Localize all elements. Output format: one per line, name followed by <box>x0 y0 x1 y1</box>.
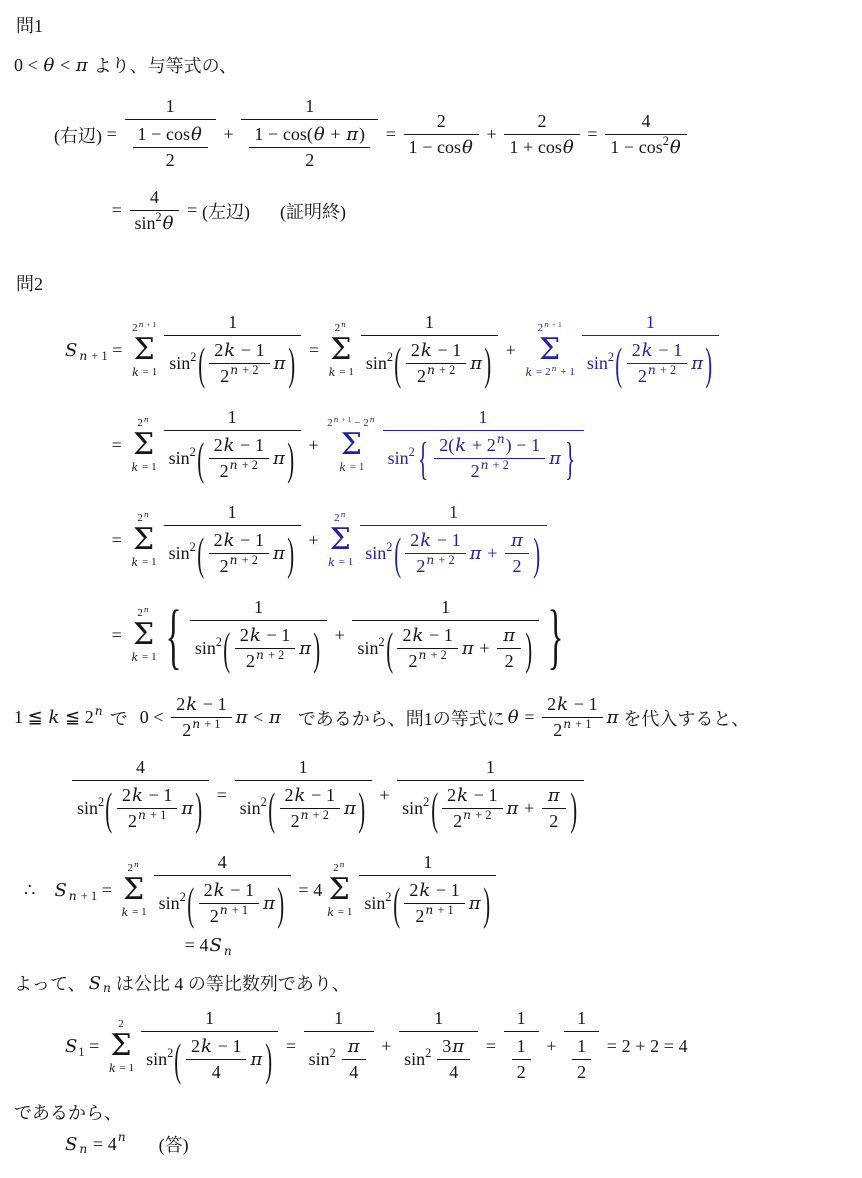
math-token: = <box>117 1063 129 1074</box>
math-r: sin <box>195 638 216 659</box>
math-token: n <box>137 808 147 822</box>
math-sup: 2 <box>425 1046 431 1061</box>
sum-lower-limit: k=2n+1 <box>524 365 574 380</box>
fraction-denominator: 2n+2 <box>209 458 269 484</box>
math-sum: 2nΣk=1 <box>326 861 352 920</box>
math-token: 2 <box>291 811 300 832</box>
problem1-heading: 問1 <box>16 12 858 38</box>
math-token: 2 <box>220 556 229 577</box>
math-sup: 2 <box>663 134 669 149</box>
math-frac: 2(k+2n)−12n+2 <box>434 433 545 484</box>
math-r: sin <box>240 798 261 819</box>
math-token: 2 <box>663 134 669 148</box>
math-token: + <box>304 530 324 551</box>
fraction-denominator: sin2(2k−12n+2π) <box>190 620 327 676</box>
math-sup: n <box>340 321 347 328</box>
math-token: 1 <box>348 367 354 378</box>
math-token: = <box>304 340 324 361</box>
sigma-icon: Σ <box>110 1032 131 1061</box>
sigma-icon: Σ <box>133 621 154 650</box>
math-r: を代入すると、 <box>623 705 749 731</box>
fraction-denominator: sin2{2(k+2n)−12n+2π} <box>383 430 584 486</box>
math-token: θ <box>162 213 175 234</box>
math-token: = <box>533 367 545 378</box>
math-r: sin <box>169 448 190 469</box>
math-token: 1 <box>101 349 107 363</box>
math-fence: (2k−12n+1π) <box>186 878 286 929</box>
math-token: 2 <box>220 461 229 482</box>
fraction-numerator: 3π <box>437 1034 470 1059</box>
open-fence-icon: ( <box>394 341 401 387</box>
fraction-denominator: sin2(2k−12n+2π) <box>164 335 301 391</box>
math-token: n <box>418 648 428 662</box>
math-token: = <box>336 557 348 568</box>
math-token: 2 <box>512 556 521 577</box>
close-fence-icon: ) <box>196 786 203 832</box>
math-token: 2 <box>638 366 647 387</box>
math-fence: (2k−12n+1π) <box>391 878 491 929</box>
math-token: 2 <box>285 785 294 806</box>
close-fence-icon: ) <box>287 531 294 577</box>
open-fence-icon: ( <box>224 626 231 672</box>
math-token: = <box>381 124 401 145</box>
math-token: π <box>272 448 286 469</box>
p1-eq-conclusion: =4sin2θ=(左辺)(証明終) <box>107 185 858 236</box>
fraction-numerator: 2k−1 <box>406 338 466 363</box>
math-token: 1 <box>646 312 655 333</box>
math-frac: 2k−12n+2 <box>235 623 295 674</box>
close-fence-icon: ) <box>288 341 295 387</box>
math-token: 1 <box>256 340 265 361</box>
math-token: − <box>226 880 246 901</box>
fraction-numerator: 2k−1 <box>627 338 687 363</box>
math-token: + <box>489 458 502 472</box>
fraction-denominator: sin2(2k−12n+2π) <box>235 780 372 836</box>
math-token: 1 <box>673 340 682 361</box>
math-fence: (2k−12n+2π) <box>196 338 296 389</box>
math-token: + <box>518 137 538 158</box>
math-sup: n+2 <box>418 648 447 663</box>
math-frac: 12 <box>572 1034 591 1085</box>
math-token: + <box>304 435 324 456</box>
fraction-numerator: 2 <box>504 109 579 134</box>
math-r: cos <box>166 124 190 145</box>
math-token: k <box>213 880 226 901</box>
math-token: 2 <box>448 553 454 567</box>
fraction-numerator: 1 <box>241 94 378 119</box>
math-token: 2 <box>577 1062 586 1083</box>
math-token: 4 <box>218 852 227 873</box>
close-fence-icon: ) <box>526 626 533 672</box>
math-token: 2 <box>167 1046 173 1060</box>
math-token: 2 <box>632 340 641 361</box>
math-frac: 1sin2(2k−12n+2π) <box>164 500 301 581</box>
fraction-denominator: 2n+2 <box>406 363 466 389</box>
math-sup: 2 <box>386 540 392 555</box>
fraction-denominator: 4 <box>342 1059 366 1085</box>
math-token: = <box>212 785 232 806</box>
fraction-denominator: 2n+1 <box>199 903 259 929</box>
sigma-icon: Σ <box>133 526 154 555</box>
close-fence-icon: ) <box>570 786 577 832</box>
fraction-denominator: sin2(2k−12n+1π) <box>359 875 496 931</box>
math-sub: n+1 <box>78 349 107 364</box>
math-sp <box>35 890 53 891</box>
math-token: 4 <box>349 1062 358 1083</box>
math-token: 2 <box>608 350 614 364</box>
math-sup: 2 <box>385 890 391 905</box>
math-token: 1 <box>348 415 352 424</box>
math-token: 1 <box>129 1063 135 1074</box>
fraction-denominator: 2n+2 <box>442 808 502 834</box>
math-token: 2 <box>214 530 223 551</box>
fraction-numerator: 1−cos(θ+π) <box>249 122 370 147</box>
math-token: = <box>294 880 314 901</box>
math-sup: n+2 <box>229 458 258 473</box>
math-frac: 41−cos2θ <box>605 109 686 160</box>
math-sup: 2 <box>190 350 196 365</box>
math-sum: 2nΣk=1 <box>131 511 157 570</box>
math-token: + <box>557 367 569 378</box>
math-token: k <box>108 1063 117 1074</box>
math-token: 4 <box>313 880 322 901</box>
math-token: − <box>619 137 639 158</box>
math-token: 1 <box>138 124 147 145</box>
math-r: sin <box>77 798 98 819</box>
math-sp <box>431 1059 434 1060</box>
math-r: sin <box>402 798 423 819</box>
sum-lower-limit: k=1 <box>131 555 157 570</box>
math-token: π <box>451 1036 465 1057</box>
math-token: + <box>572 717 585 731</box>
math-token: n <box>143 605 150 614</box>
open-fence-icon: ( <box>394 531 401 577</box>
fraction-denominator: 2n+1 <box>404 903 464 929</box>
math-r: (証明終) <box>280 198 346 224</box>
fraction-denominator: sin2(2k−12n+1π) <box>154 875 291 931</box>
fraction-numerator: 1 <box>141 1006 278 1031</box>
math-token: − <box>144 785 164 806</box>
math-token: 1 <box>153 320 157 329</box>
math-token: n <box>229 553 239 567</box>
math-token: = <box>108 340 128 361</box>
close-fence-icon: ) <box>533 531 540 577</box>
math-sub: n <box>102 981 112 996</box>
math-token: n <box>102 981 112 995</box>
math-token: − <box>306 785 326 806</box>
math-token: k <box>200 1036 213 1057</box>
math-token: 2 <box>447 785 456 806</box>
math-r: であるから、問1の等式に <box>298 705 505 731</box>
math-frac: 2k−12n+2 <box>209 433 269 484</box>
math-token: + <box>482 124 502 145</box>
math-token: 1 <box>228 407 237 428</box>
math-token: k <box>223 340 236 361</box>
fraction-numerator: 1 <box>235 755 372 780</box>
sum-lower-limit: k=1 <box>338 460 364 475</box>
math-sup: n+2 <box>229 553 258 568</box>
math-token: 2 <box>410 530 419 551</box>
math-sup: 2 <box>378 635 384 650</box>
math-frac: 2k−12n+2 <box>442 783 502 834</box>
math-token: k <box>327 557 336 568</box>
math-sup: 2 <box>261 795 267 810</box>
math-r: cos <box>283 124 307 145</box>
math-token: = <box>335 907 347 918</box>
math-sup: n <box>143 416 150 423</box>
math-token: = <box>139 652 151 663</box>
fraction-numerator: π <box>497 623 521 648</box>
fraction-numerator: 2k−1 <box>235 623 295 648</box>
math-token: 2 <box>330 1046 336 1060</box>
math-r: sin <box>366 353 387 374</box>
math-sup: 2 <box>387 350 393 365</box>
math-token: n <box>369 415 376 424</box>
math-token: 1 <box>218 694 227 715</box>
math-token: 2 <box>415 906 424 927</box>
math-r: よって、 <box>14 970 86 996</box>
math-token: + <box>550 320 558 329</box>
math-token: = <box>107 625 127 646</box>
math-frac: 1sin2{2(k+2n)−12n+2π} <box>383 405 584 486</box>
fraction-denominator: 1−cosθ <box>404 134 479 160</box>
fraction-denominator: 2n+1 <box>117 808 177 834</box>
math-token: n <box>219 903 229 917</box>
math-token: + <box>501 340 521 361</box>
math-token: = <box>180 935 200 956</box>
math-frac: 2k−12n+1 <box>117 783 177 834</box>
math-token: 1 <box>141 907 147 918</box>
math-token: 2 <box>214 340 223 361</box>
math-token: n <box>340 320 347 329</box>
math-token: n <box>229 363 239 377</box>
math-token: S <box>64 1134 78 1155</box>
fraction-numerator: 1 <box>164 405 301 430</box>
math-token: k <box>641 340 654 361</box>
math-token: 2 <box>549 811 558 832</box>
math-frac: 12 <box>512 1034 531 1085</box>
open-fence-icon: ( <box>393 881 400 927</box>
math-token: n <box>647 363 657 377</box>
math-fence: (2k−14π) <box>173 1034 273 1085</box>
math-token: = <box>481 1036 501 1057</box>
math-sp <box>250 210 280 211</box>
math-frac: 1−cosθ2 <box>133 122 208 173</box>
math-fence: (2k−12n+2π+π2) <box>392 528 541 579</box>
math-token: 1 <box>151 462 157 473</box>
math-token: k <box>185 694 198 715</box>
math-sup: n+2 <box>647 363 676 378</box>
math-sup: 2 <box>608 350 614 365</box>
math-token: 2 <box>416 556 425 577</box>
math-sup: 2 <box>156 210 162 225</box>
math-token: n <box>223 944 233 958</box>
math-token: 1 <box>281 625 290 646</box>
math-token: 1 <box>151 557 157 568</box>
math-token: π <box>249 1049 263 1070</box>
math-sup: n <box>94 704 104 719</box>
sigma-icon: Σ <box>330 526 351 555</box>
math-frac: 1sin2(2k−12n+2π) <box>164 310 301 391</box>
math-token: 1 <box>14 707 23 728</box>
math-token: θ <box>190 124 203 145</box>
p2-eq-half-pi: =2nΣk=11sin2(2k−12n+2π)+2nΣk=11sin2(2k−1… <box>107 500 858 581</box>
math-sup: n+1 <box>333 416 352 423</box>
sigma-icon: Σ <box>330 336 351 365</box>
math-frac: 21−cosθ <box>404 109 479 160</box>
sum-lower-limit: k=1 <box>131 460 157 475</box>
math-token: 1 <box>232 1036 241 1057</box>
fraction-numerator: 1 <box>397 755 583 780</box>
math-r: ∴ <box>24 880 35 901</box>
math-token: 1 <box>434 1008 443 1029</box>
math-sup: 2 <box>167 1046 173 1061</box>
sigma-icon: Σ <box>123 876 144 905</box>
math-col: 2n+1Σk=2n+11sin2(2k−12n+2π) <box>520 310 721 391</box>
math-token: 2 <box>180 890 186 904</box>
math-token: ≦ <box>60 707 84 728</box>
fraction-numerator: 2k−1 <box>209 338 269 363</box>
fraction-numerator: 1 <box>125 94 216 119</box>
sum-lower-limit: k=1 <box>328 365 354 380</box>
math-sup: 2 <box>190 540 196 555</box>
math-sum: 2nΣk=1 <box>131 416 157 475</box>
math-sum: 2nΣk=1 <box>121 861 147 920</box>
math-token: n <box>143 510 150 519</box>
math-token: k <box>454 435 467 456</box>
math-token: 1 <box>425 312 434 333</box>
math-frac: 2k−12n+2 <box>405 528 465 579</box>
math-sub: n <box>223 944 233 959</box>
math-r: で <box>110 705 128 731</box>
fraction-denominator: 1−cos(θ+π)2 <box>241 119 378 175</box>
math-token: = <box>583 124 603 145</box>
math-token: π <box>268 707 282 728</box>
math-token: π <box>548 448 562 469</box>
math-token: − <box>569 694 589 715</box>
math-token: + <box>265 648 278 662</box>
math-r: sin <box>159 893 180 914</box>
math-frac: 112 <box>504 1006 539 1087</box>
math-token: 4 <box>641 111 650 132</box>
math-token: k <box>131 652 140 663</box>
math-fence: (2k−12n+2π+π2) <box>429 783 578 834</box>
math-token: + <box>88 349 101 363</box>
math-sub: n <box>78 1142 88 1157</box>
math-token: θ <box>507 707 520 728</box>
math-sp <box>127 1144 159 1145</box>
fraction-denominator: 2 <box>572 1059 591 1085</box>
math-frac: 4sin2(2k−12n+1π) <box>72 755 209 836</box>
fraction-denominator: 4 <box>186 1059 246 1085</box>
math-token: 1 <box>228 312 237 333</box>
fraction-denominator: sin2(2k−14π) <box>141 1031 278 1087</box>
fraction-numerator: 2k−1 <box>404 878 464 903</box>
fraction-denominator: sin2π4 <box>304 1031 374 1087</box>
math-token: 1 <box>245 880 254 901</box>
math-sum: 2Σk=1 <box>108 1017 134 1076</box>
math-token: π <box>235 707 249 728</box>
math-token: 1 <box>163 785 172 806</box>
math-token: 2 <box>156 210 162 224</box>
math-r: であるから、 <box>14 1099 122 1125</box>
math-token: 1 <box>479 407 488 428</box>
math-token: 1 <box>577 1036 586 1057</box>
math-token: + <box>467 435 487 456</box>
math-token: − <box>469 785 489 806</box>
math-token: 1 <box>359 462 365 473</box>
p1-eq-chain: (右辺)=11−cosθ2+11−cos(θ+π)2=21−cosθ+21+co… <box>54 94 858 175</box>
math-token: n <box>496 432 506 446</box>
math-token: 1 <box>452 340 461 361</box>
fraction-numerator: 2k−1 <box>542 692 602 717</box>
math-token: 1 <box>255 435 264 456</box>
math-token: S <box>88 973 102 994</box>
open-fence-icon: { <box>166 599 182 672</box>
math-token: 2 <box>505 651 514 672</box>
math-token: k <box>223 530 236 551</box>
math-frac: 1sin2(2k−12n+2π+π2) <box>352 595 538 676</box>
math-sup: n+1 <box>137 808 166 823</box>
math-r: cos <box>538 137 562 158</box>
math-token: + <box>519 798 539 819</box>
math-sum: 2n+1Σk=2n+1 <box>524 321 574 380</box>
fraction-numerator: 1 <box>564 1006 599 1031</box>
math-token: 4 <box>449 1062 458 1083</box>
math-token: π <box>690 353 704 374</box>
math-frac: 2k−12n+2 <box>209 338 269 389</box>
math-token: 2 <box>190 350 196 364</box>
p2-answer: Sn=4n(答) <box>64 1131 858 1157</box>
math-sup: n+2 <box>229 363 258 378</box>
fraction-denominator: 12 <box>504 1031 539 1087</box>
math-token: 2 <box>517 1062 526 1083</box>
math-token: < <box>149 707 169 728</box>
math-token: 1 <box>299 757 308 778</box>
math-sum: 2nΣk=1 <box>328 321 354 380</box>
math-token: = <box>102 124 122 145</box>
math-token: θ <box>562 137 575 158</box>
math-token: π <box>510 530 524 551</box>
math-token: 1 <box>152 367 158 378</box>
fraction-denominator: 2n+2 <box>434 458 545 484</box>
fraction-denominator: 1−cosθ2 <box>125 119 216 175</box>
math-token: 1 <box>305 96 314 117</box>
p2-eq-combined: =2nΣk=1{1sin2(2k−12n+2π)+1sin2(2k−12n+2π… <box>107 595 858 676</box>
math-sum: 2nΣk=1 <box>327 511 353 570</box>
fraction-denominator: 1−cos2θ <box>605 134 686 160</box>
fraction-numerator: 2k−1 <box>186 1034 246 1059</box>
math-sup: n+1 <box>191 717 220 732</box>
math-token: k <box>131 367 140 378</box>
fraction-numerator: 1 <box>512 1034 531 1059</box>
fraction-numerator: 2k−1 <box>442 783 502 808</box>
math-frac: 2k−12n+1 <box>199 878 259 929</box>
math-token: = <box>659 1036 679 1057</box>
math-token: π <box>547 785 561 806</box>
fraction-denominator: 12 <box>564 1031 599 1087</box>
sum-lower-limit: k=1 <box>121 905 147 920</box>
math-token: n <box>133 860 140 869</box>
fraction-denominator: 4 <box>437 1059 470 1085</box>
math-token: − <box>213 1036 233 1057</box>
open-fence-icon: ( <box>106 786 113 832</box>
math-token: − <box>262 625 282 646</box>
math-token: 4 <box>200 935 209 956</box>
math-token: 2 <box>252 363 258 377</box>
fraction-numerator: 1 <box>572 1034 591 1059</box>
math-token: n <box>551 364 558 373</box>
